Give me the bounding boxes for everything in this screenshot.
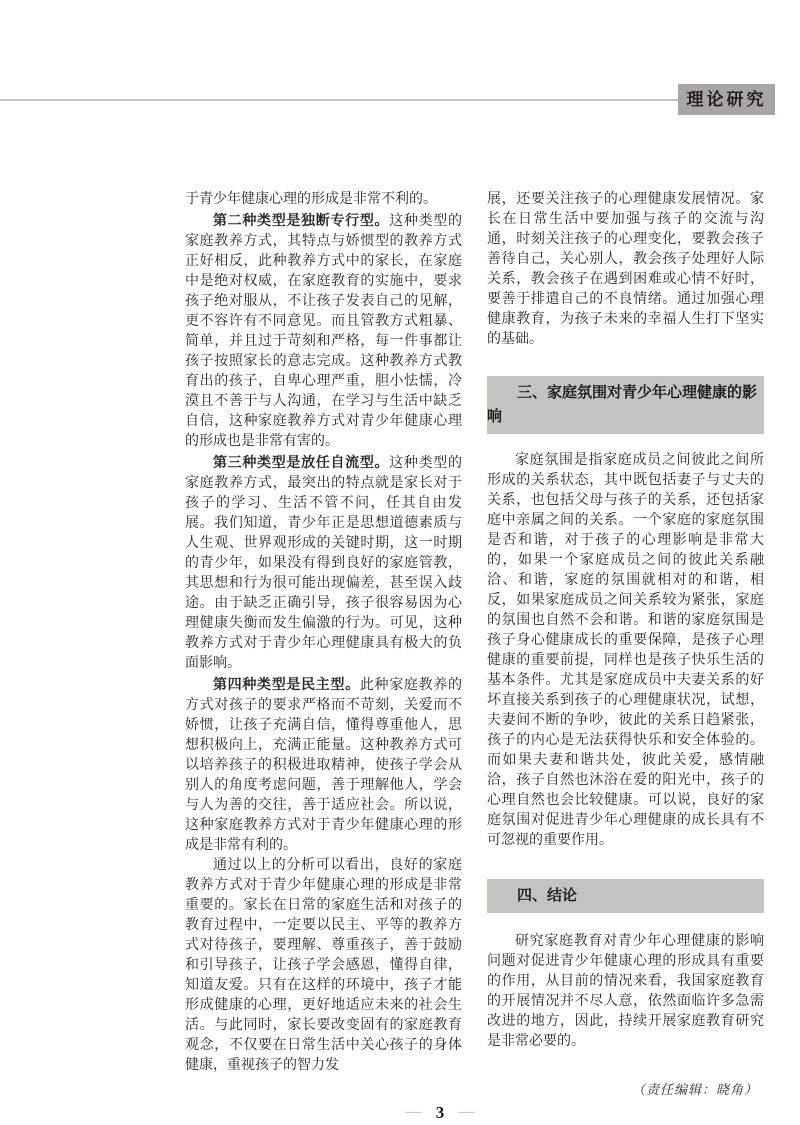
paragraph: 通过以上的分析可以看出，良好的家庭教养方式对于青少年健康心理的形成是非常重要的。…: [185, 856, 462, 1076]
footer-dash-right: —: [458, 1103, 474, 1120]
paragraph-lead: 第四种类型是民主型。: [213, 676, 360, 692]
right-column: 展，还要关注孩子的心理健康发展情况。家长在日常生活中要加强与孩子的交流与沟通，时…: [487, 190, 764, 1100]
paragraph-text: 此种家庭教养的方式对孩子的要求严格而不苛刻，关爱而不娇惯，让孩子充满自信，懂得尊…: [185, 678, 462, 853]
paragraph-continuation: 展，还要关注孩子的心理健康发展情况。家长在日常生活中要加强与孩子的交流与沟通，时…: [487, 190, 764, 350]
paragraph: 家庭氛围是指家庭成员之间彼此之间所形成的关系状态，其中既包括妻子与丈夫的关系，也…: [487, 451, 764, 851]
paragraph: 第三种类型是放任自流型。这种类型的家庭教养方式，最突出的特点就是家长对于孩子的学…: [185, 452, 462, 674]
journal-page: 理论研究 于青少年健康心理的形成是非常不利的。 第二种类型是独断专行型。这种类型…: [0, 0, 800, 1125]
page-footer: —3—: [80, 1103, 800, 1123]
header-rule: [0, 99, 679, 101]
section-heading-family-atmosphere: 三、家庭氛围对青少年心理健康的影响: [487, 376, 764, 434]
section-label: 理论研究: [678, 84, 775, 115]
footer-dash-left: —: [406, 1103, 422, 1120]
paragraph-lead: 第三种类型是放任自流型。: [213, 454, 389, 470]
left-column: 于青少年健康心理的形成是非常不利的。 第二种类型是独断专行型。这种类型的家庭教养…: [185, 190, 462, 1076]
editor-note: （责任编辑：晓角）: [487, 1080, 764, 1100]
section-heading-conclusion: 四、结论: [487, 879, 764, 913]
paragraph-continuation: 于青少年健康心理的形成是非常不利的。: [185, 190, 462, 210]
paragraph: 第四种类型是民主型。此种家庭教养的方式对孩子的要求严格而不苛刻，关爱而不娇惯，让…: [185, 674, 462, 856]
page-number: 3: [436, 1103, 445, 1123]
paragraph-text: 这种类型的家庭教养方式，最突出的特点就是家长对于孩子的学习、生活不管不问，任其自…: [185, 456, 462, 671]
paragraph: 第二种类型是独断专行型。这种类型的家庭教养方式，其特点与娇惯型的教养方式正好相反…: [185, 210, 462, 452]
paragraph-lead: 第二种类型是独断专行型。: [213, 212, 389, 228]
paragraph: 研究家庭教育对青少年心理健康的影响问题对促进青少年健康心理的形成具有重要的作用，…: [487, 932, 764, 1052]
paragraph-text: 这种类型的家庭教养方式，其特点与娇惯型的教养方式正好相反，此种教养方式中的家长，…: [185, 214, 462, 449]
